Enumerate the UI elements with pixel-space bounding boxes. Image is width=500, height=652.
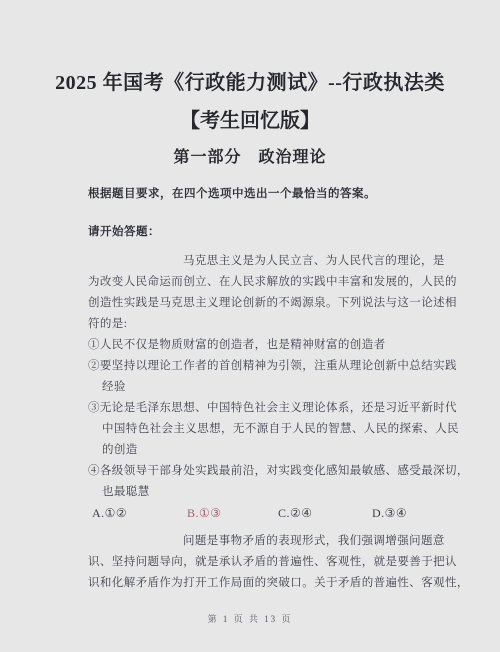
question-1-statement-2: ②要坚持以理论工作者的首创精神为引领，注重从理论创新中总结实践 <box>88 356 444 377</box>
exam-document-page: 2025 年国考《行政能力测试》--行政执法类 【考生回忆版】 第一部分 政治理… <box>0 0 500 652</box>
option-a: A.①② <box>92 503 127 524</box>
question-1: 1. 马克思主义是为人民立言、为人民代言的理论，是 为改变人民命运而创立、在人民… <box>88 251 444 524</box>
question-2-line: 识、坚持问题导向，就是承认矛盾的普遍性、客观性，就是要善于把认 <box>88 552 444 573</box>
option-b-highlighted: B.①③ <box>187 503 222 524</box>
question-2: 2. 问题是事物矛盾的表现形式，我们强调增强问题意 识、坚持问题导向，就是承认矛… <box>88 531 444 594</box>
page-number-indicator: 第 1 页 共 13 页 <box>0 612 500 625</box>
option-c: C.②④ <box>278 503 313 524</box>
option-d: D.③④ <box>372 503 407 524</box>
question-1-statement-1: ①人民不仅是物质财富的创造者，也是精神财富的创造者 <box>88 335 444 356</box>
question-1-line: 符的是: <box>88 314 444 335</box>
question-1-statement-4-continued: 也最聪慧 <box>88 482 444 503</box>
question-1-statement-2-continued: 经验 <box>88 377 444 398</box>
question-1-line: 为改变人民命运而创立、在人民求解放的实践中丰富和发展的，人民的 <box>88 272 444 293</box>
question-1-options-row: A.①② B.①③ C.②④ D.③④ <box>88 503 444 524</box>
section-heading: 第一部分 政治理论 <box>0 144 500 167</box>
question-2-line: 识和化解矛盾作为打开工作局面的突破口。关于矛盾的普遍性、客观性， <box>88 573 444 594</box>
question-1-statement-3-continued: 的创造 <box>88 440 444 461</box>
question-1-line: 创造性实践是马克思主义理论创新的不竭源泉。下列说法与这一论述相 <box>88 293 444 314</box>
question-1-text: 马克思主义是为人民立言、为人民代言的理论，是 <box>183 255 445 267</box>
document-subtitle: 【考生回忆版】 <box>0 104 500 133</box>
question-1-statement-3-continued: 中国特色社会主义思想，无不源自于人民的智慧、人民的探索、人民 <box>88 419 444 440</box>
instructions-requirement: 根据题目要求，在四个选项中选出一个最恰当的答案。 <box>88 185 376 201</box>
start-answering-prompt: 请开始答题： <box>88 223 160 239</box>
document-title: 2025 年国考《行政能力测试》--行政执法类 <box>0 66 500 95</box>
question-1-statement-4: ④各级领导干部身处实践最前沿，对实践变化感知最敏感、感受最深切， <box>88 461 444 482</box>
question-1-line: 1. 马克思主义是为人民立言、为人民代言的理论，是 <box>88 251 444 272</box>
question-2-text: 问题是事物矛盾的表现形式，我们强调增强问题意 <box>183 535 445 547</box>
question-2-line: 2. 问题是事物矛盾的表现形式，我们强调增强问题意 <box>88 531 444 552</box>
question-1-statement-3: ③无论是毛泽东思想、中国特色社会主义理论体系，还是习近平新时代 <box>88 398 444 419</box>
